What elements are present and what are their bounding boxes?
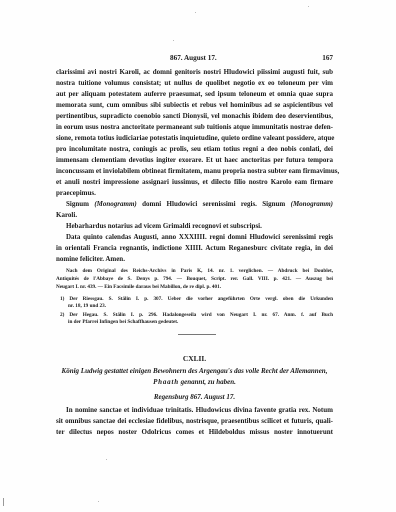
- scan-speck: [106, 459, 107, 460]
- body-line: immensam clementiam devotius ingiter exo…: [56, 155, 333, 165]
- body-line: sione, remota totius iudiciariae potesta…: [56, 133, 333, 143]
- dating-line: nomine feliciter. Amen.: [56, 254, 333, 264]
- scan-speck: [308, 6, 309, 7]
- running-head-date: 867. August 17.: [170, 54, 217, 62]
- signum-text: Signum: [66, 200, 89, 208]
- dating-line: in orientali Francia regnantis, indictio…: [56, 243, 333, 253]
- scan-speck: [195, 12, 196, 13]
- body-line: et anuli nostri impressione assignari iu…: [56, 177, 333, 187]
- body-line: pertinentibus, supradicto coenobio sanct…: [56, 111, 333, 121]
- page-number: 167: [322, 54, 333, 62]
- footnote-line: in der Pfarrei Infingen bei Schaffhausen…: [68, 318, 333, 326]
- charter-text-line: ter dilectus nepos noster Odolricus come…: [56, 427, 333, 437]
- charter-summary: König Ludwig gestattet einigen Bewohnern…: [56, 366, 333, 376]
- body-line: nostra tuitione volumus consistat; ut nu…: [56, 78, 333, 88]
- charter-summary: Phaath genannt, zu haben.: [56, 377, 333, 387]
- scan-speck: [173, 40, 174, 41]
- signum-line: Signum (Monogramm) domni Hludowici seren…: [66, 199, 333, 209]
- footnote-line: nr. 18, 19 und 23.: [68, 302, 333, 310]
- source-note-line: Antiquités de l'Abbaye de S. Denys p. 79…: [56, 275, 333, 283]
- signum-line: Karoli.: [56, 210, 333, 220]
- summary-text: genannt, zu haben.: [181, 378, 236, 386]
- body-line: praecepimus.: [56, 188, 333, 198]
- charter-place-date: Regensburg 867. August 17.: [56, 392, 333, 402]
- source-note-line: Neugart I. nr. 439. — Ein Facsimile dara…: [56, 283, 333, 291]
- body-line: aut per aliquam potestatem auferre praes…: [56, 89, 333, 99]
- body-line: pro incolumitate nostra, coniugis ac pro…: [56, 144, 333, 154]
- body-line: clarissimi avi nostri Karoli, ac domni g…: [56, 67, 333, 77]
- charter-text-line: In nomine sanctae et individuae trinitat…: [66, 405, 333, 415]
- scan-speck: [98, 501, 99, 502]
- body-line: memorata sunt, cum omnibus sibi subiecti…: [56, 100, 333, 110]
- running-head: 867. August 17. 167: [56, 54, 333, 64]
- notary-line: Hebarhardus notarius ad vicem Grimaldi r…: [66, 221, 333, 231]
- dating-line: Data quinto calendas Augusti, anno XXXII…: [66, 232, 333, 242]
- body-line: in eorum usus nostra anctoritate permane…: [56, 122, 333, 132]
- signum-text: domni Hludowici serenissimi regis. Signu…: [142, 200, 285, 208]
- body-line: inconcussam et inviolabilem obtineat fir…: [56, 166, 333, 176]
- charter-number: CXLII.: [56, 354, 333, 363]
- monogram-mark: (Monogramm): [94, 200, 136, 208]
- summary-term: Phaath: [153, 378, 179, 386]
- document-page: 867. August 17. 167 clarissimi avi nostr…: [0, 0, 396, 512]
- source-note-line: Nach dem Original des Reichs-Archivs in …: [66, 267, 333, 275]
- charter-text-line: sit omnibus sanctae dei ecclesiae fideli…: [56, 416, 333, 426]
- scan-edge-mark: [3, 498, 4, 506]
- monogram-mark: (Monogramm): [291, 200, 333, 208]
- section-divider: [178, 334, 216, 335]
